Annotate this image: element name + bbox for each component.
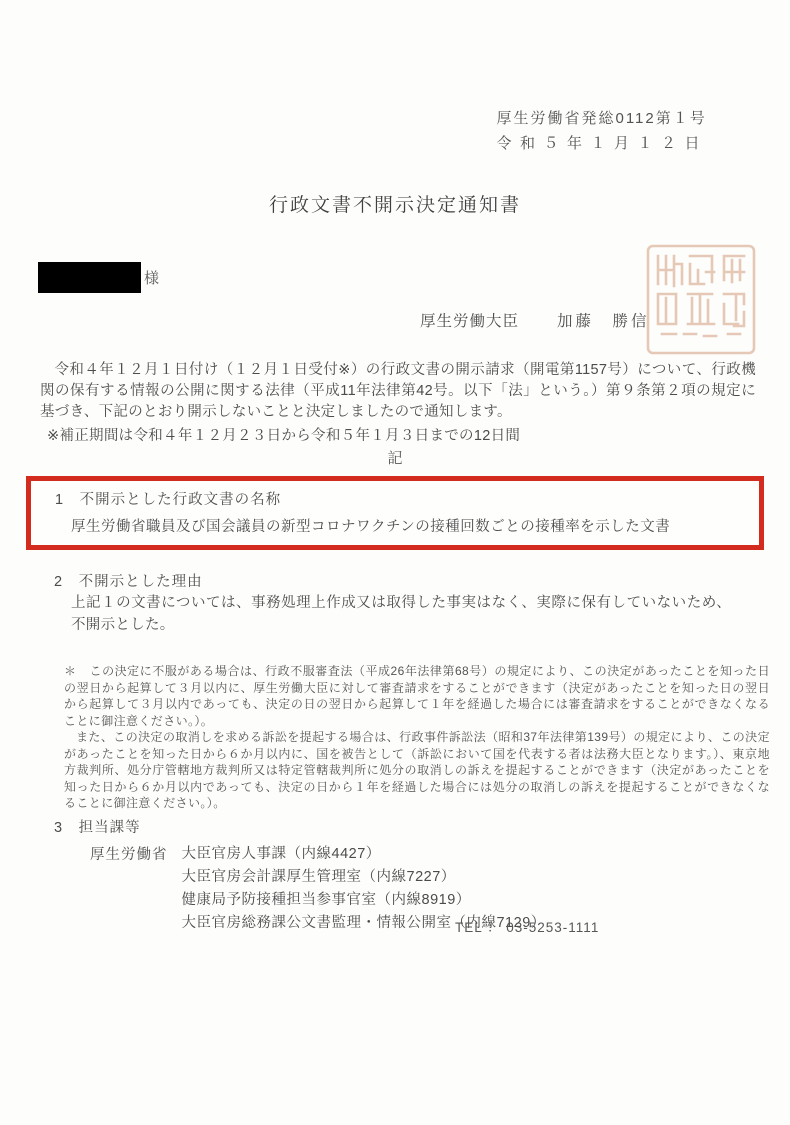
highlighted-section-1: 1 不開示とした行政文書の名称 厚生労働省職員及び国会議員の新型コロナワクチンの… [26,476,764,550]
department-item: 大臣官房会計課厚生管理室（内線7227） [182,866,546,889]
document-header-block: 厚生労働省発総0112第１号 令和５年１月１２日 [496,106,708,156]
section1-content: 厚生労働省職員及び国会議員の新型コロナワクチンの接種回数ごとの接種率を示した文書 [71,515,670,536]
document-number: 厚生労働省発総0112第１号 [496,106,708,131]
section1-heading: 1 不開示とした行政文書の名称 [55,488,281,509]
page-title: 行政文書不開示決定通知書 [0,190,790,217]
telephone-number: TEL ： 03-5253-1111 [455,916,599,936]
department-item: 大臣官房人事課（内線4427） [182,843,546,866]
addressee-line: 様 [38,262,159,293]
notification-body: 令和４年１２月１日付け（１２月１日受付※）の行政文書の開示請求（開電第1157号… [40,360,756,423]
appeal-note-text1: この決定に不服がある場合は、行政不服審査法（平成26年法律第68号）の規定により… [64,664,770,728]
section3-heading: 3 担当課等 [54,816,141,837]
minister-seal-icon [644,242,758,357]
department-item: 健康局予防接種担当参事官室（内線8919） [182,889,546,912]
document-date: 令和５年１月１２日 [496,131,708,156]
redaction-icon [38,262,141,293]
section2-heading: 2 不開示とした理由 [54,570,203,591]
sender-title: 厚生労働大臣 [420,309,519,331]
section2-content: 上記１の文書については、事務処理上作成又は取得した事実はなく、実際に保有していな… [71,593,731,636]
scanned-document-page: 厚生労働省発総0112第１号 令和５年１月１２日 行政文書不開示決定通知書 様 … [0,0,790,1125]
sender-name: 加藤 勝信 [557,309,650,331]
sender-line: 厚生労働大臣 加藤 勝信 [420,309,650,331]
ki-separator: 記 [0,447,790,468]
addressee-honorific: 様 [144,267,159,288]
appeal-note-paragraph1: ＊この決定に不服がある場合は、行政不服審査法（平成26年法律第68号）の規定によ… [64,663,770,729]
organization-name: 厚生労働省 [90,843,168,935]
appeal-note-paragraph2: また、この決定の取消しを求める訴訟を提起する場合は、行政事件訴訟法（昭和37年法… [64,729,770,812]
correction-period-note: ※補正期間は令和４年１２月２３日から令和５年１月３日までの12日間 [47,424,520,445]
note-marker: ＊ [64,664,77,678]
appeal-rights-note: ＊この決定に不服がある場合は、行政不服審査法（平成26年法律第68号）の規定によ… [64,663,770,812]
